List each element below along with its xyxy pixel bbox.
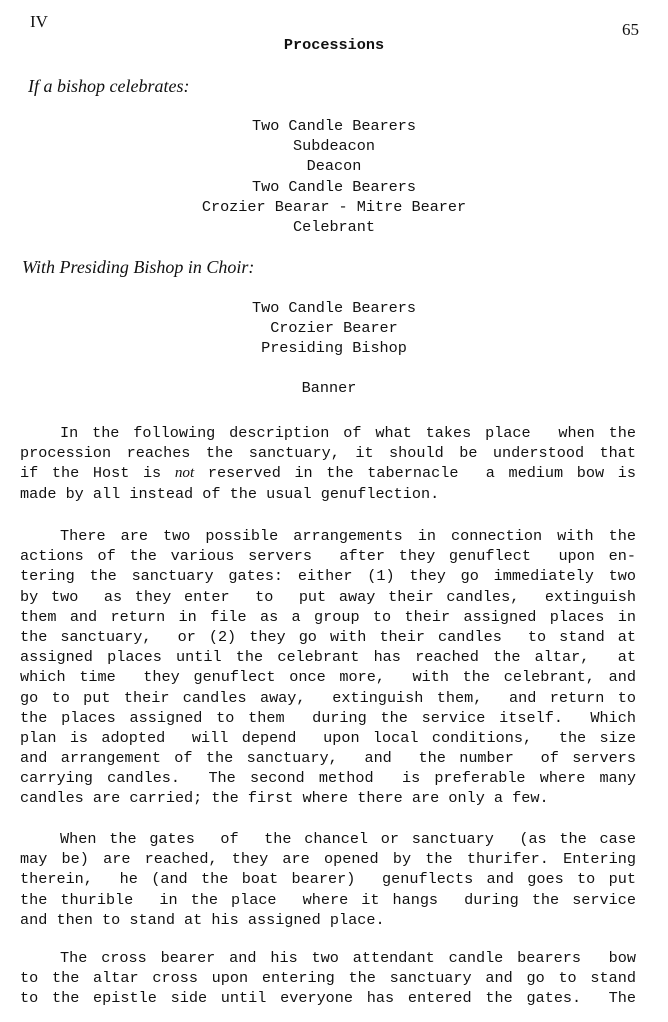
procession-item: Two Candle Bearers [0,116,668,136]
procession-item: Celebrant [0,217,668,237]
presiding-bishop-heading: With Presiding Bishop in Choir: [22,257,254,278]
page-title: Processions [0,36,668,54]
text-line: and then to stand at his assigned place. [20,910,636,930]
text-fragment: reserved in the tabernacle a medium bow … [194,464,636,482]
text-line: the sanctuary, or (2) they go with their… [20,627,636,647]
emphasis-not: not [175,464,194,481]
text-line: candles are carried; the first where the… [20,788,636,808]
procession-item: Crozier Bearer [0,318,668,338]
text-line: When the gates of the chancel or sanctua… [20,829,636,849]
paragraph-arrangements: There are two possible arrangements in c… [20,526,636,809]
procession-item: Deacon [0,156,668,176]
text-line: carrying candles. The second method is p… [20,768,636,788]
procession-item: Presiding Bishop [0,338,668,358]
procession-item: Subdeacon [0,136,668,156]
paragraph-cross-bearer: The cross bearer and his two attendant c… [20,948,636,1009]
paragraph-host-reservation: In the following description of what tak… [20,423,636,504]
text-line: actions of the various servers after the… [20,546,636,566]
text-line: The cross bearer and his two attendant c… [20,948,636,968]
text-line: to the altar cross upon entering the san… [20,968,636,988]
procession-item: Crozier Bearar - Mitre Bearer [0,197,668,217]
text-line: assigned places until the celebrant has … [20,647,636,667]
text-line: made by all instead of the usual genufle… [20,484,636,504]
procession-item: Two Candle Bearers [0,298,668,318]
chapter-number: IV [30,12,48,32]
text-line: them and return in file as a group to th… [20,607,636,627]
text-line: tering the sanctuary gates: either (1) t… [20,566,636,586]
text-line: procession reaches the sanctuary, it sho… [20,443,636,463]
text-line: may be) are reached, they are opened by … [20,849,636,869]
text-line: to the epistle side until everyone has e… [20,988,636,1008]
banner-item: Banner [0,379,658,397]
text-line: the places assigned to them during the s… [20,708,636,728]
text-fragment: if the Host is [20,464,175,482]
text-line: by two as they enter to put away their c… [20,587,636,607]
bishop-procession-order: Two Candle Bearers Subdeacon Deacon Two … [0,116,668,237]
text-line: There are two possible arrangements in c… [20,526,636,546]
text-line: if the Host is not reserved in the taber… [20,463,636,483]
text-line: therein, he (and the boat bearer) genufl… [20,869,636,889]
text-line: which time they genuflect once more, wit… [20,667,636,687]
text-line: and arrangement of the sanctuary, and th… [20,748,636,768]
paragraph-gates-thurifer: When the gates of the chancel or sanctua… [20,829,636,930]
procession-item: Two Candle Bearers [0,177,668,197]
text-line: plan is adopted will depend upon local c… [20,728,636,748]
text-line: In the following description of what tak… [20,423,636,443]
bishop-celebrates-heading: If a bishop celebrates: [28,76,189,97]
text-line: go to put their candles away, extinguish… [20,688,636,708]
presiding-procession-order: Two Candle Bearers Crozier Bearer Presid… [0,298,668,359]
text-line: the thurible in the place where it hangs… [20,890,636,910]
